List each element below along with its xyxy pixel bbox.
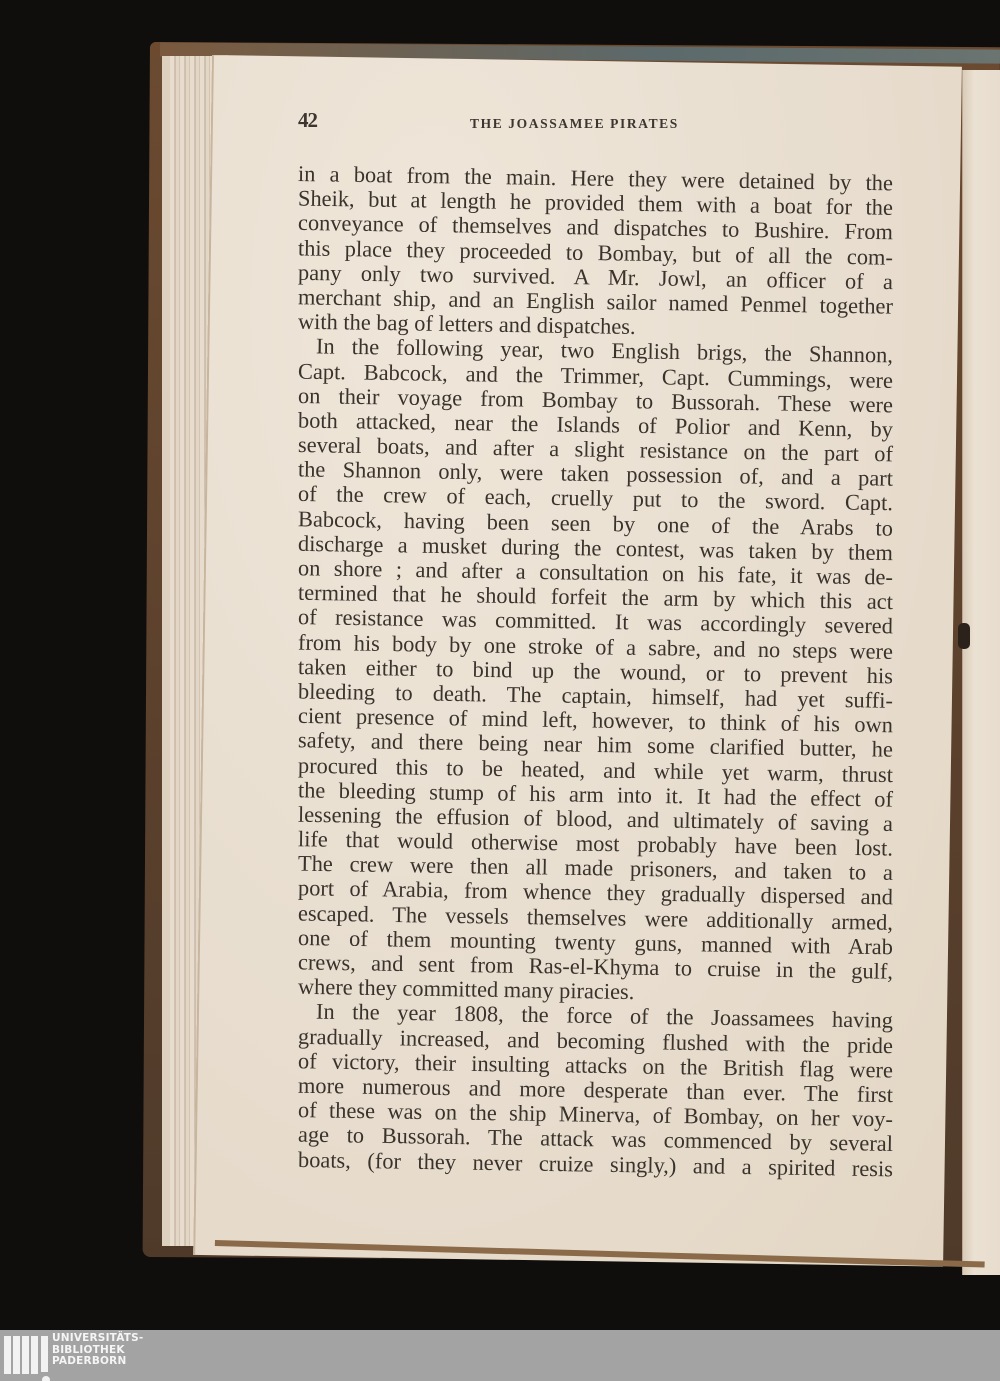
- library-bars-logo-icon: [4, 1336, 48, 1378]
- library-name-line: PADERBORN: [52, 1356, 143, 1368]
- running-title: THE JOASSAMEE PIRATES: [470, 116, 679, 132]
- library-name-line: UNIVERSITÄTS-: [52, 1333, 143, 1345]
- running-head: 42 THE JOASSAMEE PIRATES: [298, 108, 898, 138]
- facing-page-edge: [962, 70, 1000, 1275]
- library-footer: UNIVERSITÄTS-BIBLIOTHEKPADERBORN: [0, 1330, 1000, 1381]
- scan-background: 42 THE JOASSAMEE PIRATES in a boat from …: [0, 0, 1000, 1330]
- library-name: UNIVERSITÄTS-BIBLIOTHEKPADERBORN: [52, 1333, 143, 1368]
- body-text: in a boat from the main. Here they were …: [298, 162, 893, 1154]
- page-number: 42: [298, 108, 317, 133]
- binding-clasp: [958, 623, 970, 649]
